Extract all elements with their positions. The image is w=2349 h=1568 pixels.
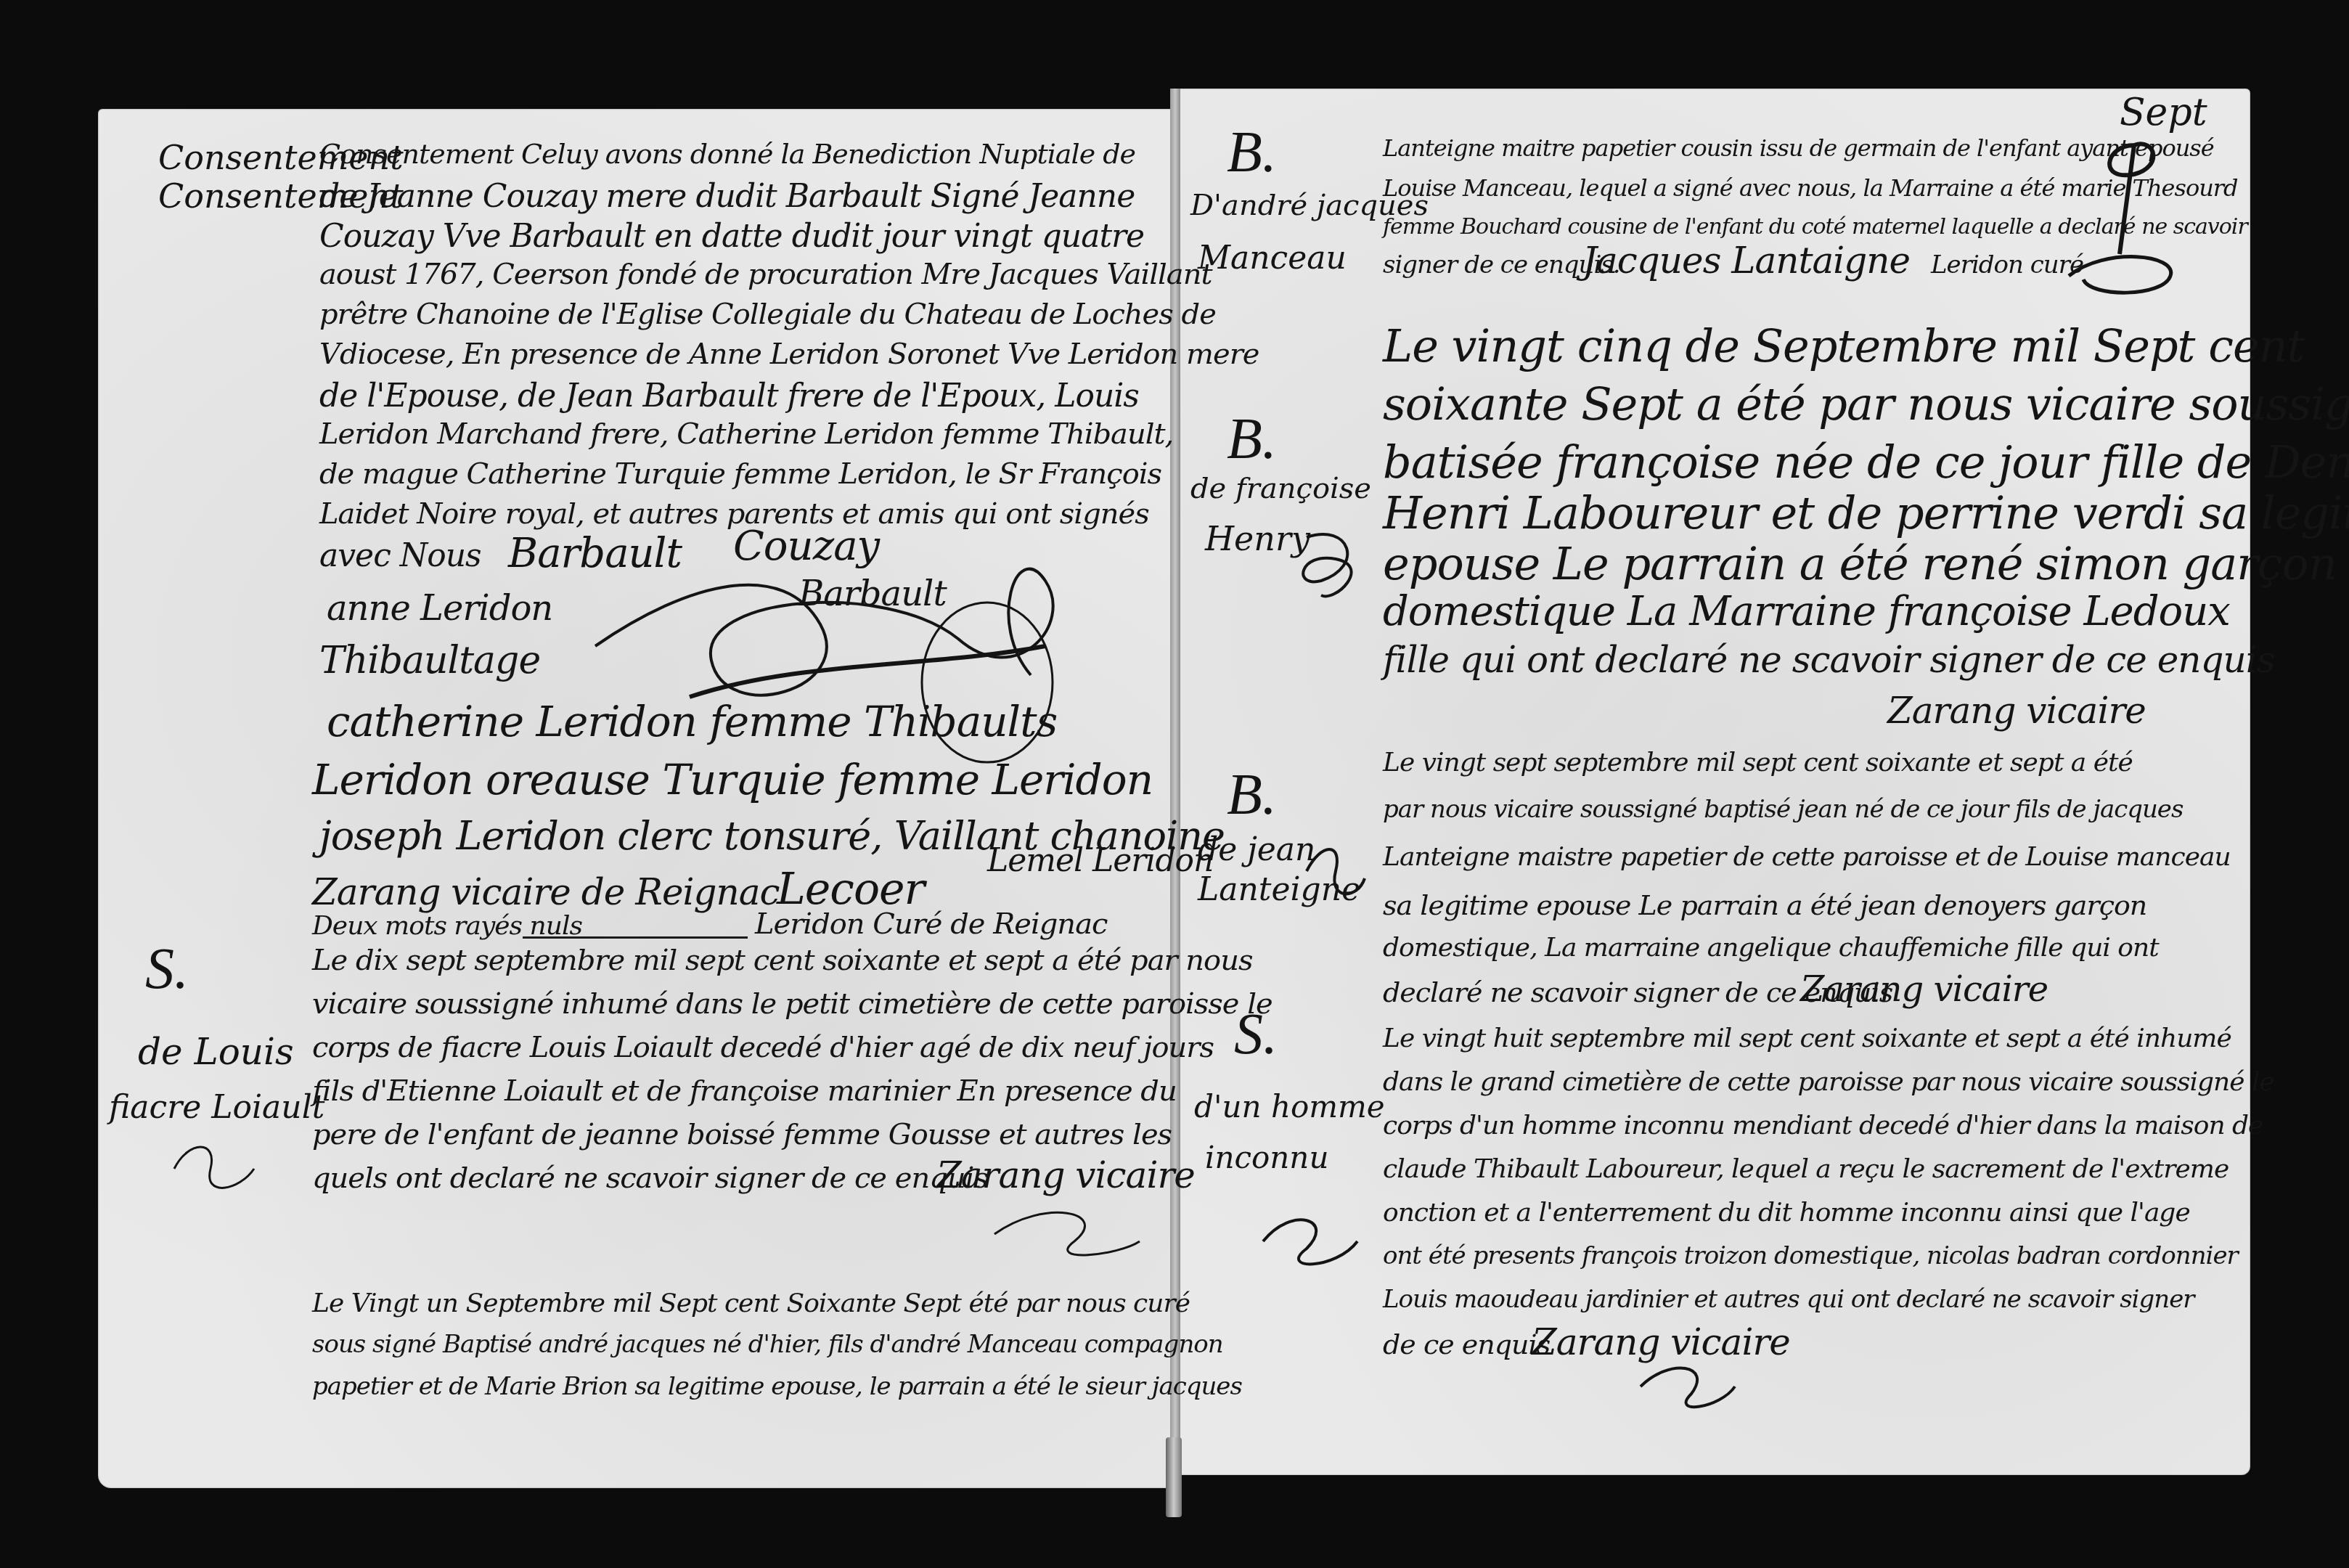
signature: Thibaultage [319,639,540,682]
signature: Zarang vicaire [1800,969,2048,1010]
text-line: Le vingt cinq de Septembre mil Sept cent [1383,319,2305,372]
text-line: de Jeanne Couzay mere dudit Barbault Sig… [319,178,1135,215]
text-line: batisée françoise née de ce jour fille d… [1383,436,2349,489]
margin-letter: B. [1227,120,1277,186]
signature: anne Leridon [327,588,552,629]
binding-thread [1166,1437,1182,1517]
text-line: de mague Catherine Turquie femme Leridon… [319,457,1161,491]
text-line: Louis maoudeau jardinier et autres qui o… [1383,1285,2194,1314]
paraph-icon [2091,138,2178,261]
signature: Lemel Leridon [987,842,1213,879]
margin-name: d'un homme [1194,1089,1385,1124]
text-line: prêtre Chanoine de l'Eglise Collegiale d… [319,298,1216,331]
text-line: corps d'un homme inconnu mendiant decedé… [1383,1111,2263,1140]
text-line: epouse Le parrain a été rené simon garço… [1383,537,2337,590]
paraph-icon [160,1132,261,1205]
text-line: soixante Sept a été par nous vicaire sou… [1383,377,2349,430]
underline [523,936,748,939]
signature-flourish-icon [581,537,1089,777]
cure-signature: Leridon Curé de Reignac [755,907,1107,941]
corner-note: Sept [2120,91,2207,134]
text-line: pere de l'enfant de jeanne boissé femme … [312,1118,1172,1151]
paraph-icon [1249,1191,1365,1285]
signature: Jacques Lantaigne [1582,240,1910,282]
margin-letter: B. [1227,407,1277,473]
text-line: fils d'Etienne Loiault et de françoise m… [312,1074,1177,1108]
margin-letter: S. [1234,1002,1278,1068]
margin-name: de françoise [1190,472,1371,505]
text-line: sa legitime epouse Le parrain a été jean… [1383,889,2146,921]
text-line: par nous vicaire soussigné baptisé jean … [1383,795,2183,824]
text-line: Le vingt huit septembre mil sept cent so… [1383,1024,2231,1053]
paraph-icon [2062,247,2192,305]
text-line: Henri Laboureur et de perrine verdi sa l… [1383,486,2349,539]
text-line: Leridon Marchand frere, Catherine Lerido… [319,417,1173,451]
text-line: Lanteigne maistre papetier de cette paro… [1383,842,2231,872]
paraph-icon [1292,523,1379,610]
text-line: claude Thibault Laboureur, lequel a reçu… [1383,1154,2229,1184]
text-line: de ce enquis [1383,1328,1550,1360]
margin-letter: S. [145,936,189,1003]
paraph-icon [1292,835,1379,907]
text-line: Le dix sept septembre mil sept cent soix… [312,944,1252,977]
paraph-icon [987,1191,1147,1270]
text-line: Couzay Vve Barbault en datte dudit jour … [319,218,1144,255]
text-line: domestique, La marraine angelique chauff… [1383,933,2159,963]
text-line: fille qui ont declaré ne scavoir signer … [1383,639,2274,681]
text-line: papetier et de Marie Brion sa legitime e… [312,1372,1242,1401]
text-line: onction et a l'enterrement du dit homme … [1383,1198,2190,1228]
text-line: dans le grand cimetière de cette paroiss… [1383,1067,2274,1097]
signature: Zarang vicaire [1887,690,2146,732]
margin-name: Manceau [1198,240,1347,277]
margin-letter: B. [1227,762,1277,828]
text-line: aoust 1767, Ceerson fondé de procuration… [319,258,1212,291]
text-line: vicaire soussigné inhumé dans le petit c… [312,987,1272,1021]
text-line: Le Vingt un Septembre mil Sept cent Soix… [312,1289,1190,1318]
text-line: Le vingt sept septembre mil sept cent so… [1383,748,2133,777]
margin-name: de Louis [138,1031,294,1073]
text-line: ont été presents françois troizon domest… [1383,1241,2238,1270]
text-line: quels ont declaré ne scavoir signer de c… [312,1161,988,1195]
text-line: corps de fiacre Louis Loiault decedé d'h… [312,1031,1214,1064]
text-line: de l'Epouse, de Jean Barbault frere de l… [319,377,1139,415]
text-line: avec Nous [319,537,481,574]
signature: Zarang vicaire de Reignac [312,871,780,913]
margin-name: inconnu [1205,1140,1328,1175]
text-line: sous signé Baptisé andré jacques né d'hi… [312,1330,1223,1359]
margin-name: fiacre Loiault [109,1089,324,1126]
paraph-icon [1626,1350,1742,1423]
text-line: domestique La Marraine françoise Ledoux [1383,588,2230,635]
text-line: Consentement Celuy avons donné la Benedi… [319,138,1135,170]
signature: Leridon curé [1931,250,2083,279]
text-line: Vdiocese, En presence de Anne Leridon So… [319,338,1259,371]
text-line: Lanteigne maitre papetier cousin issu de… [1383,134,2214,162]
